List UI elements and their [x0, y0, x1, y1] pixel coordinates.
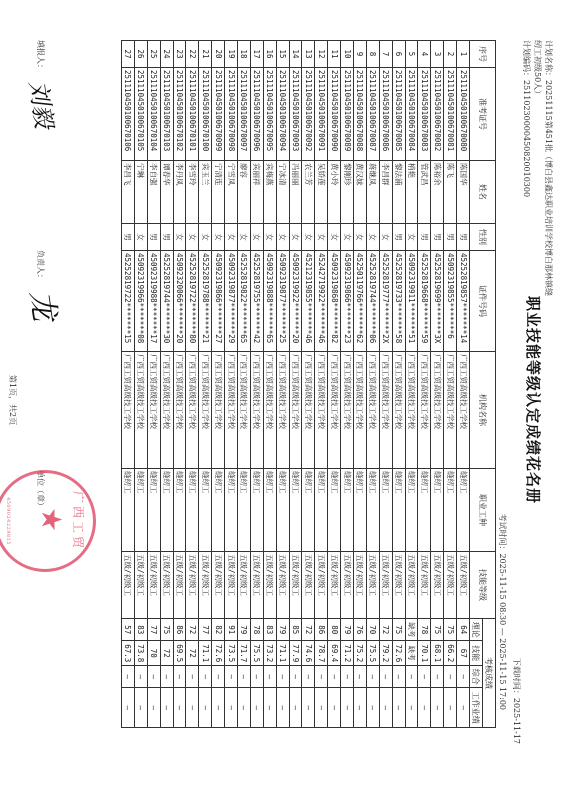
cell-skill: 70.1 [418, 641, 431, 666]
cell-seq: 27 [121, 41, 134, 68]
cell-skill: 77.9 [289, 641, 302, 666]
cell-ticket: 251110450100670084 [405, 68, 418, 161]
cell-id: 45092319866*******27 [212, 251, 225, 352]
cell-theory: 78 [250, 619, 263, 641]
cell-name: 农兰芳 [302, 161, 315, 224]
cell-work: — [134, 688, 147, 728]
cell-work: — [418, 688, 431, 728]
cell-name: 宾梅燕 [263, 161, 276, 224]
cell-theory: 72 [186, 619, 199, 641]
cell-overall: — [134, 666, 147, 688]
cell-gender: 男 [121, 224, 134, 251]
cell-theory: 83 [263, 619, 276, 641]
cell-org: 广西工贸高级技工学校 [418, 352, 431, 469]
cell-job: 缝纫工 [289, 469, 302, 552]
header-ticket: 准考证号 [470, 68, 496, 161]
cell-name: 管武昌 [418, 161, 431, 224]
cell-seq: 10 [341, 41, 354, 68]
cell-ticket: 251110450100670101 [186, 68, 199, 161]
cell-overall: — [276, 666, 289, 688]
cell-skill: 75.2 [353, 641, 366, 666]
cell-level: 五级/初级工 [276, 552, 289, 619]
cell-work: — [186, 688, 199, 728]
cell-overall: — [186, 666, 199, 688]
cell-seq: 17 [250, 41, 263, 68]
cell-theory: 79 [237, 619, 250, 641]
table-row: 10251110450100670089黎刚珍女45092319866*****… [341, 41, 354, 728]
cell-ticket: 251110450100670102 [173, 68, 186, 161]
cell-ticket: 251110450100670091 [315, 68, 328, 161]
cell-work: — [237, 688, 250, 728]
cell-org: 广西工贸高级技工学校 [121, 352, 134, 469]
cell-gender: 男 [147, 224, 160, 251]
cell-seq: 16 [263, 41, 276, 68]
table-row: 11251110450100670090黄小玲女45092319868*****… [328, 41, 341, 728]
cell-seq: 21 [199, 41, 212, 68]
cell-org: 广西工贸高级技工学校 [237, 352, 250, 469]
cell-level: 五级/初级工 [147, 552, 160, 619]
cell-work: — [212, 688, 225, 728]
cell-ticket: 251110450100670082 [431, 68, 444, 161]
table-row: 6251110450100670085黎法浦男45252819733******… [392, 41, 405, 728]
cell-gender: 男 [431, 224, 444, 251]
cell-theory: 76 [353, 619, 366, 641]
cell-theory: 91 [225, 619, 238, 641]
cell-name: 陈飞 [444, 161, 457, 224]
cell-overall: — [315, 666, 328, 688]
cell-id: 45092319877*******29 [225, 251, 238, 352]
cell-overall: — [302, 666, 315, 688]
header-job: 职业工种 [470, 469, 496, 552]
cell-gender: 女 [250, 224, 263, 251]
cell-job: 缝纫工 [457, 469, 470, 552]
cell-seq: 24 [160, 41, 173, 68]
cell-job: 缝纫工 [225, 469, 238, 552]
cell-name: 梢艳 [405, 161, 418, 224]
cell-job: 缝纫工 [418, 469, 431, 552]
cell-seq: 13 [302, 41, 315, 68]
cell-skill: 66.2 [444, 641, 457, 666]
cell-name: 宾玉兰 [199, 161, 212, 224]
cell-job: 缝纫工 [199, 469, 212, 552]
table-row: 19251110450100670098宁雪凤女45092319877*****… [225, 41, 238, 728]
cell-theory: 77 [147, 619, 160, 641]
cell-id: 45092319966*******08 [134, 251, 147, 352]
cell-ticket: 251110450100670104 [147, 68, 160, 161]
cell-name: 吴娇莲 [315, 161, 328, 224]
cell-seq: 25 [147, 41, 160, 68]
cell-work: — [341, 688, 354, 728]
cell-seq: 12 [315, 41, 328, 68]
cell-seq: 26 [134, 41, 147, 68]
cell-overall: — [212, 666, 225, 688]
cell-level: 五级/初级工 [444, 552, 457, 619]
cell-overall: — [147, 666, 160, 688]
cell-ticket: 251110450100670080 [457, 68, 470, 161]
header-seq: 序号 [470, 41, 496, 68]
cell-name: 李昌飞 [121, 161, 134, 224]
cell-org: 广西工贸高级技工学校 [379, 352, 392, 469]
cell-gender: 女 [199, 224, 212, 251]
cell-id: 45212319855*******46 [302, 251, 315, 352]
cell-overall: — [366, 666, 379, 688]
cell-name: 李雪玲 [186, 161, 199, 224]
cell-job: 缝纫工 [392, 469, 405, 552]
cell-skill: 74.6 [302, 641, 315, 666]
cell-gender: 男 [444, 224, 457, 251]
table-row: 1251110450100670080陈国华男45252819857******… [457, 41, 470, 728]
cell-level: 五级/初级工 [302, 552, 315, 619]
filler-signature: 刘毅 [23, 78, 64, 130]
cell-skill: 78.7 [315, 641, 328, 666]
cell-theory: 72 [302, 619, 315, 641]
cell-name: 宾丽祥 [250, 161, 263, 224]
table-row: 8251110450100670087蒋继凤女45252819744******… [366, 41, 379, 728]
cell-id: 45092319988*******17 [147, 251, 160, 352]
cell-level: 五级/初级工 [121, 552, 134, 619]
cell-level: 五级/初级工 [353, 552, 366, 619]
cell-work: — [405, 688, 418, 728]
cell-theory: 70 [366, 619, 379, 641]
cell-gender: 男 [392, 224, 405, 251]
cell-gender: 女 [302, 224, 315, 251]
cell-overall: — [431, 666, 444, 688]
cell-skill: 69.4 [328, 641, 341, 666]
cell-id: 45252819744*******06 [366, 251, 379, 352]
cell-skill: 68.1 [431, 641, 444, 666]
cell-org: 广西工贸高级技工学校 [212, 352, 225, 469]
cell-gender: 女 [186, 224, 199, 251]
cell-ticket: 251110450100670093 [289, 68, 302, 161]
cell-work: — [431, 688, 444, 728]
roster-page: 计划名称：20251115第451批（博白县鑫达职业培训学校博白那林镇缝 纫工初… [0, 0, 566, 800]
exam-time: 考试时间：2025-11-15 08:30 — 2025-11-15 17:00 [497, 513, 508, 710]
cell-level: 五级/初级工 [250, 552, 263, 619]
cell-name: 陈国华 [457, 161, 470, 224]
cell-overall: — [379, 666, 392, 688]
cell-id: 45252819857*******14 [457, 251, 470, 352]
cell-seq: 22 [186, 41, 199, 68]
cell-org: 广西工贸高级技工学校 [392, 352, 405, 469]
cell-ticket: 251110450100670098 [225, 68, 238, 161]
table-row: 18251110450100670097廖容女45252819822******… [237, 41, 250, 728]
cell-work: — [225, 688, 238, 728]
header-work: 工作业绩 [470, 688, 483, 728]
cell-org: 广西工贸高级技工学校 [405, 352, 418, 469]
cell-org: 广西工贸高级技工学校 [147, 352, 160, 469]
cell-gender: 女 [328, 224, 341, 251]
cell-overall: — [199, 666, 212, 688]
cell-theory: 75 [160, 619, 173, 641]
cell-work: — [289, 688, 302, 728]
cell-org: 广西工贸高级技工学校 [250, 352, 263, 469]
cell-overall: — [341, 666, 354, 688]
cell-theory: 78 [418, 619, 431, 641]
cell-name: 黄汉妹 [353, 161, 366, 224]
cell-theory: 83 [134, 619, 147, 641]
star-icon: ★ [37, 507, 65, 532]
header-gender: 性别 [470, 224, 496, 251]
cell-name: 黎刚珍 [341, 161, 354, 224]
cell-gender: 女 [405, 224, 418, 251]
cell-org: 广西工贸高级技工学校 [315, 352, 328, 469]
table-row: 5251110450100670084梢艳女45092319911*******… [405, 41, 418, 728]
cell-job: 缝纫工 [366, 469, 379, 552]
cell-org: 广西工贸高级技工学校 [173, 352, 186, 469]
cell-name: 陈裕余 [431, 161, 444, 224]
cell-overall: — [121, 666, 134, 688]
cell-seq: 1 [457, 41, 470, 68]
cell-job: 缝纫工 [134, 469, 147, 552]
table-row: 7251110450100670086李昌群女45252819777******… [379, 41, 392, 728]
cell-job: 缝纫工 [431, 469, 444, 552]
cell-skill: 71.1 [199, 641, 212, 666]
cell-seq: 7 [379, 41, 392, 68]
cell-name: 宁清连 [212, 161, 225, 224]
cell-job: 缝纫工 [173, 469, 186, 552]
cell-skill: 72.6 [212, 641, 225, 666]
cell-work: — [379, 688, 392, 728]
header-level: 技能等级 [470, 552, 496, 619]
cell-gender: 女 [263, 224, 276, 251]
cell-id: 45242719922*******46 [315, 251, 328, 352]
table-row: 20251110450100670099宁清连女45092319866*****… [212, 41, 225, 728]
cell-gender: 男 [160, 224, 173, 251]
header-skill: 技能 [470, 641, 483, 666]
cell-org: 广西工贸高级技工学校 [444, 352, 457, 469]
cell-skill: 72 [186, 641, 199, 666]
cell-org: 广西工贸高级技工学校 [431, 352, 444, 469]
cell-theory: 82 [212, 619, 225, 641]
table-row: 15251110450100670094宁冰清女45092319877*****… [276, 41, 289, 728]
cell-name: 宁冰清 [276, 161, 289, 224]
cell-level: 五级/初级工 [263, 552, 276, 619]
cell-theory: 75 [444, 619, 457, 641]
cell-job: 缝纫工 [186, 469, 199, 552]
cell-work: — [328, 688, 341, 728]
cell-org: 广西工贸高级技工学校 [353, 352, 366, 469]
cell-id: 45252819668*******59 [418, 251, 431, 352]
cell-job: 缝纫工 [315, 469, 328, 552]
cell-work: — [444, 688, 457, 728]
cell-skill: 71.2 [341, 641, 354, 666]
cell-name: 冯丽丽 [289, 161, 302, 224]
table-row: 25251110450100670104李自强男45092319988*****… [147, 41, 160, 728]
header-org: 机构名称 [470, 352, 496, 469]
cell-ticket: 251110450100670090 [328, 68, 341, 161]
cell-skill: 79.2 [379, 641, 392, 666]
cell-org: 广西工贸高级技工学校 [199, 352, 212, 469]
cell-work: — [121, 688, 134, 728]
cell-seq: 18 [237, 41, 250, 68]
cell-seq: 3 [431, 41, 444, 68]
cell-skill: 73.5 [225, 641, 238, 666]
header-theory: 理论 [470, 619, 483, 641]
cell-overall: — [418, 666, 431, 688]
head-label: 负责人： [35, 250, 46, 282]
header-scores-group: 考核成绩 [483, 619, 496, 728]
cell-level: 五级/初级工 [341, 552, 354, 619]
cell-overall: — [289, 666, 302, 688]
cell-ticket: 251110450100670086 [379, 68, 392, 161]
cell-work: — [392, 688, 405, 728]
cell-name: 黎法浦 [392, 161, 405, 224]
table-row: 17251110450100670096宾丽祥女45252819755*****… [250, 41, 263, 728]
cell-skill: 71.1 [276, 641, 289, 666]
cell-skill: 73.2 [263, 641, 276, 666]
cell-level: 五级/初级工 [379, 552, 392, 619]
plan-name: 计划名称：20251115第451批（博白县鑫达职业培训学校博白那林镇缝 [543, 40, 554, 296]
cell-level: 五级/初级工 [457, 552, 470, 619]
cell-theory: 77 [199, 619, 212, 641]
cell-overall: — [328, 666, 341, 688]
cell-work: — [250, 688, 263, 728]
cell-id: 45250119766*******62 [353, 251, 366, 352]
cell-job: 缝纫工 [160, 469, 173, 552]
table-row: 16251110450100670095宾梅燕女45092319888*****… [263, 41, 276, 728]
cell-level: 五级/初级工 [392, 552, 405, 619]
cell-gender: 女 [315, 224, 328, 251]
cell-overall: — [173, 666, 186, 688]
cell-ticket: 251110450100670087 [366, 68, 379, 161]
cell-level: 五级/初级工 [134, 552, 147, 619]
cell-seq: 19 [225, 41, 238, 68]
cell-job: 缝纫工 [444, 469, 457, 552]
cell-skill: 75.5 [366, 641, 379, 666]
cell-level: 五级/初级工 [212, 552, 225, 619]
cell-id: 45252819699*******3X [431, 251, 444, 352]
cell-id: 45092319855*******6 [444, 251, 457, 352]
cell-org: 广西工贸高级技工学校 [134, 352, 147, 469]
page-info: 第1页，共2页 [7, 0, 18, 800]
cell-theory: 缺考 [405, 619, 418, 641]
cell-gender: 女 [366, 224, 379, 251]
cell-level: 五级/初级工 [366, 552, 379, 619]
cell-skill: 70 [147, 641, 160, 666]
cell-org: 广西工贸高级技工学校 [457, 352, 470, 469]
cell-skill: 缺考 [405, 641, 418, 666]
cell-ticket: 251110450100670085 [392, 68, 405, 161]
cell-level: 五级/初级工 [173, 552, 186, 619]
cell-work: — [457, 688, 470, 728]
cell-theory: 79 [341, 619, 354, 641]
cell-work: — [353, 688, 366, 728]
cell-ticket: 251110450100670105 [134, 68, 147, 161]
cell-id: 45092319868*******82 [328, 251, 341, 352]
cell-overall: — [457, 666, 470, 688]
cell-name: 李自强 [147, 161, 160, 224]
cell-gender: 女 [134, 224, 147, 251]
cell-ticket: 251110450100670103 [160, 68, 173, 161]
cell-id: 45092319922*******20 [289, 251, 302, 352]
cell-seq: 20 [212, 41, 225, 68]
cell-gender: 女 [225, 224, 238, 251]
cell-ticket: 251110450100670092 [302, 68, 315, 161]
cell-seq: 8 [366, 41, 379, 68]
cell-skill: 75.5 [250, 641, 263, 666]
cell-ticket: 251110450100670099 [212, 68, 225, 161]
cell-org: 广西工贸高级技工学校 [341, 352, 354, 469]
cell-name: 廖容 [237, 161, 250, 224]
cell-gender: 男 [457, 224, 470, 251]
cell-work: — [173, 688, 186, 728]
cell-ticket: 251110450100670089 [341, 68, 354, 161]
cell-seq: 14 [289, 41, 302, 68]
cell-job: 缝纫工 [263, 469, 276, 552]
cell-overall: — [405, 666, 418, 688]
cell-level: 五级/初级工 [225, 552, 238, 619]
table-row: 2251110450100670081陈飞男45092319855*******… [444, 41, 457, 728]
cell-skill: 69.5 [173, 641, 186, 666]
cell-overall: — [392, 666, 405, 688]
cell-overall: — [250, 666, 263, 688]
cell-theory: 86 [315, 619, 328, 641]
cell-org: 广西工贸高级技工学校 [366, 352, 379, 469]
cell-job: 缝纫工 [353, 469, 366, 552]
cell-seq: 23 [173, 41, 186, 68]
cell-level: 五级/初级工 [237, 552, 250, 619]
table-row: 12251110450100670091吴娇莲女45242719922*****… [315, 41, 328, 728]
cell-theory: 75 [392, 619, 405, 641]
table-row: 26251110450100670105宁琳女45092319966******… [134, 41, 147, 728]
cell-ticket: 251110450100670100 [199, 68, 212, 161]
cell-theory: 80 [328, 619, 341, 641]
cell-job: 缝纫工 [276, 469, 289, 552]
cell-overall: — [237, 666, 250, 688]
cell-name: 宁雪凤 [225, 161, 238, 224]
cell-work: — [199, 688, 212, 728]
cell-gender: 女 [173, 224, 186, 251]
table-row: 9251110450100670088黄汉妹女45250119766******… [353, 41, 366, 728]
cell-job: 缝纫工 [328, 469, 341, 552]
cell-id: 45252819722*******15 [121, 251, 134, 352]
cell-ticket: 251110450100670083 [418, 68, 431, 161]
score-roster-table: 序号 准考证号 姓名 性别 证件号码 机构名称 职业工种 技能等级 考核成绩 理… [121, 40, 496, 728]
cell-ticket: 251110450100670096 [250, 68, 263, 161]
cell-org: 广西工贸高级技工学校 [225, 352, 238, 469]
cell-id: 45092319911*******51 [405, 251, 418, 352]
cell-overall: — [444, 666, 457, 688]
cell-theory: 72 [379, 619, 392, 641]
cell-seq: 11 [328, 41, 341, 68]
cell-gender: 女 [276, 224, 289, 251]
cell-name: 谭春华 [160, 161, 173, 224]
cell-theory: 86 [173, 619, 186, 641]
cell-theory: 57 [121, 619, 134, 641]
cell-org: 广西工贸高级技工学校 [276, 352, 289, 469]
cell-work: — [160, 688, 173, 728]
cell-ticket: 251110450100670094 [276, 68, 289, 161]
cell-id: 45252819777*******2X [379, 251, 392, 352]
cell-id: 45092319866*******23 [341, 251, 354, 352]
cell-job: 缝纫工 [250, 469, 263, 552]
cell-seq: 9 [353, 41, 366, 68]
cell-level: 五级/初级工 [328, 552, 341, 619]
header-overall: 综合 [470, 666, 483, 688]
cell-id: 45252819788*******21 [199, 251, 212, 352]
header-name: 姓名 [470, 161, 496, 224]
cell-ticket: 251110450100670095 [263, 68, 276, 161]
cell-name: 蒋继凤 [366, 161, 379, 224]
cell-gender: 女 [341, 224, 354, 251]
cell-name: 李昌群 [379, 161, 392, 224]
cell-overall: — [225, 666, 238, 688]
cell-org: 广西工贸高级技工学校 [328, 352, 341, 469]
cell-ticket: 251110450100670081 [444, 68, 457, 161]
filler-label: 填报人： [35, 40, 46, 72]
cell-ticket: 251110450100670106 [121, 68, 134, 161]
cell-gender: 女 [353, 224, 366, 251]
